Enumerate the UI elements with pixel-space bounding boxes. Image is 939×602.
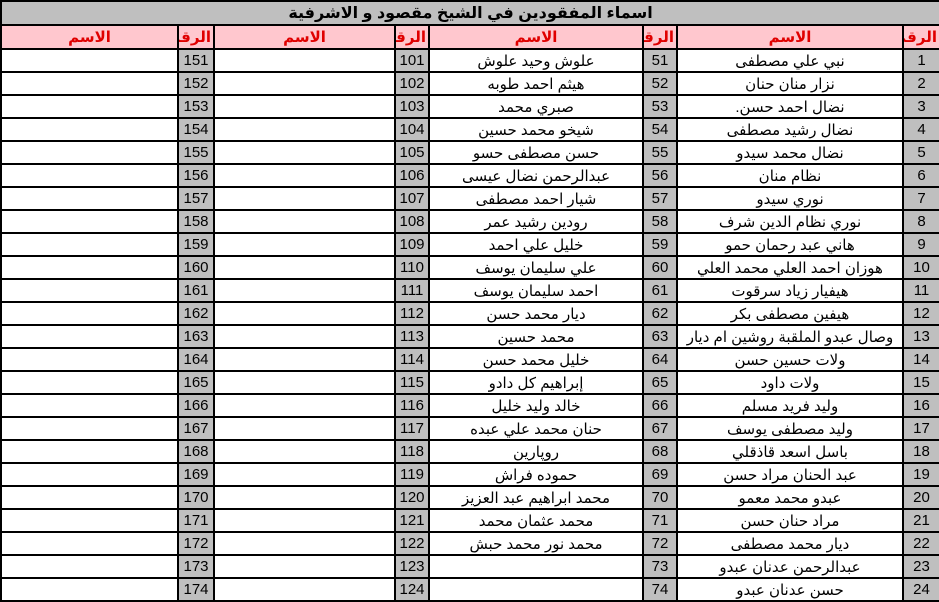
row-number-cell: 170	[178, 486, 214, 509]
row-number-cell: 123	[395, 555, 429, 578]
row-number-cell: 172	[178, 532, 214, 555]
person-name-cell	[214, 256, 395, 279]
row-number-cell: 18	[903, 440, 939, 463]
row-number-cell: 102	[395, 72, 429, 95]
row-number-cell: 20	[903, 486, 939, 509]
row-number-cell: 73	[643, 555, 677, 578]
table-row: 20عبدو محمد معمو70محمد ابراهيم عبد العزي…	[1, 486, 939, 509]
person-name-cell: رودين رشيد عمر	[429, 210, 643, 233]
row-number-cell: 67	[643, 417, 677, 440]
table-row: 16وليد فريد مسلم66خالد وليد خليل116166	[1, 394, 939, 417]
person-name-cell: ديار محمد حسن	[429, 302, 643, 325]
column-header-number-group1: الرقم	[903, 25, 939, 49]
table-row: 24حسن عدنان عبدو74124174	[1, 578, 939, 601]
row-number-cell: 23	[903, 555, 939, 578]
person-name-cell: محمد ابراهيم عبد العزيز	[429, 486, 643, 509]
row-number-cell: 169	[178, 463, 214, 486]
row-number-cell: 51	[643, 49, 677, 72]
row-number-cell: 162	[178, 302, 214, 325]
person-name-cell	[1, 348, 178, 371]
row-number-cell: 112	[395, 302, 429, 325]
person-name-cell: هوزان احمد العلي محمد العلي	[677, 256, 903, 279]
table-row: 4نضال رشيد مصطفى54شيخو محمد حسين104154	[1, 118, 939, 141]
person-name-cell: نزار منان حنان	[677, 72, 903, 95]
row-number-cell: 3	[903, 95, 939, 118]
person-name-cell: حنان محمد علي عبده	[429, 417, 643, 440]
person-name-cell	[1, 325, 178, 348]
person-name-cell: حموده فراش	[429, 463, 643, 486]
row-number-cell: 155	[178, 141, 214, 164]
person-name-cell	[1, 95, 178, 118]
row-number-cell: 157	[178, 187, 214, 210]
row-number-cell: 173	[178, 555, 214, 578]
row-number-cell: 22	[903, 532, 939, 555]
person-name-cell: عبدالرحمن عدنان عبدو	[677, 555, 903, 578]
row-number-cell: 17	[903, 417, 939, 440]
row-number-cell: 56	[643, 164, 677, 187]
row-number-cell: 62	[643, 302, 677, 325]
person-name-cell	[1, 279, 178, 302]
table-row: 3نضال احمد حسن.53صبري محمد103153	[1, 95, 939, 118]
column-header-name-group2: الاسم	[429, 25, 643, 49]
person-name-cell	[1, 555, 178, 578]
person-name-cell: شيخو محمد حسين	[429, 118, 643, 141]
row-number-cell: 118	[395, 440, 429, 463]
table-row: 8نوري نظام الدين شرف58رودين رشيد عمر1081…	[1, 210, 939, 233]
row-number-cell: 164	[178, 348, 214, 371]
row-number-cell: 71	[643, 509, 677, 532]
person-name-cell: احمد سليمان يوسف	[429, 279, 643, 302]
row-number-cell: 64	[643, 348, 677, 371]
column-header-number-group2: الرقم	[643, 25, 677, 49]
row-number-cell: 163	[178, 325, 214, 348]
row-number-cell: 55	[643, 141, 677, 164]
row-number-cell: 120	[395, 486, 429, 509]
column-header-name-group1: الاسم	[677, 25, 903, 49]
row-number-cell: 16	[903, 394, 939, 417]
person-name-cell: هاني عبد رحمان حمو	[677, 233, 903, 256]
person-name-cell: عبد الحنان مراد حسن	[677, 463, 903, 486]
row-number-cell: 153	[178, 95, 214, 118]
row-number-cell: 54	[643, 118, 677, 141]
row-number-cell: 59	[643, 233, 677, 256]
person-name-cell	[214, 578, 395, 601]
person-name-cell	[214, 279, 395, 302]
row-number-cell: 11	[903, 279, 939, 302]
table-row: 2نزار منان حنان52هيثم احمد طوبه102152	[1, 72, 939, 95]
person-name-cell	[1, 256, 178, 279]
person-name-cell	[1, 141, 178, 164]
person-name-cell: ديار محمد مصطفى	[677, 532, 903, 555]
row-number-cell: 21	[903, 509, 939, 532]
row-number-cell: 101	[395, 49, 429, 72]
person-name-cell	[1, 164, 178, 187]
row-number-cell: 10	[903, 256, 939, 279]
table-row: 6نظام منان56عبدالرحمن نضال عيسى106156	[1, 164, 939, 187]
person-name-cell	[214, 302, 395, 325]
row-number-cell: 171	[178, 509, 214, 532]
row-number-cell: 113	[395, 325, 429, 348]
table-row: 10هوزان احمد العلي محمد العلي60علي سليما…	[1, 256, 939, 279]
person-name-cell: نضال محمد سيدو	[677, 141, 903, 164]
row-number-cell: 161	[178, 279, 214, 302]
person-name-cell	[429, 555, 643, 578]
person-name-cell	[1, 486, 178, 509]
person-name-cell	[214, 210, 395, 233]
row-number-cell: 165	[178, 371, 214, 394]
table-title-row: اسماء المفقودين في الشيخ مقصود و الاشرفي…	[1, 1, 939, 25]
row-number-cell: 111	[395, 279, 429, 302]
row-number-cell: 19	[903, 463, 939, 486]
row-number-cell: 116	[395, 394, 429, 417]
person-name-cell	[1, 463, 178, 486]
person-name-cell: عبدو محمد معمو	[677, 486, 903, 509]
row-number-cell: 106	[395, 164, 429, 187]
row-number-cell: 104	[395, 118, 429, 141]
person-name-cell	[1, 394, 178, 417]
missing-persons-list-page: اسماء المفقودين في الشيخ مقصود و الاشرفي…	[0, 0, 939, 602]
row-number-cell: 107	[395, 187, 429, 210]
table-row: 21مراد حنان حسن71محمد عثمان محمد121171	[1, 509, 939, 532]
person-name-cell: إبراهيم كل دادو	[429, 371, 643, 394]
row-number-cell: 167	[178, 417, 214, 440]
person-name-cell	[214, 509, 395, 532]
person-name-cell	[214, 440, 395, 463]
person-name-cell	[1, 118, 178, 141]
row-number-cell: 105	[395, 141, 429, 164]
person-name-cell: روپارين	[429, 440, 643, 463]
page-title: اسماء المفقودين في الشيخ مقصود و الاشرفي…	[1, 1, 939, 25]
person-name-cell: باسل اسعد قاذقلي	[677, 440, 903, 463]
table-row: 14ولات حسين حسن64خليل محمد حسن114164	[1, 348, 939, 371]
person-name-cell: نضال احمد حسن.	[677, 95, 903, 118]
row-number-cell: 74	[643, 578, 677, 601]
person-name-cell	[214, 348, 395, 371]
row-number-cell: 24	[903, 578, 939, 601]
row-number-cell: 1	[903, 49, 939, 72]
table-row: 1نبي علي مصطفى51علوش وحيد علوش101151	[1, 49, 939, 72]
person-name-cell	[214, 72, 395, 95]
person-name-cell	[214, 325, 395, 348]
person-name-cell	[1, 578, 178, 601]
person-name-cell	[214, 95, 395, 118]
table-row: 19عبد الحنان مراد حسن69حموده فراش119169	[1, 463, 939, 486]
person-name-cell: محمد حسين	[429, 325, 643, 348]
person-name-cell	[214, 486, 395, 509]
table-header-row: الرقمالاسمالرقمالاسمالرقمالاسمالرقمالاسم	[1, 25, 939, 49]
person-name-cell	[214, 164, 395, 187]
table-row: 12هيفين مصطفى بكر62ديار محمد حسن112162	[1, 302, 939, 325]
row-number-cell: 121	[395, 509, 429, 532]
person-name-cell	[214, 555, 395, 578]
row-number-cell: 52	[643, 72, 677, 95]
table-row: 13وصال عبدو الملقبة روشين ام ديار63محمد …	[1, 325, 939, 348]
person-name-cell	[1, 440, 178, 463]
row-number-cell: 151	[178, 49, 214, 72]
table-row: 18باسل اسعد قاذقلي68روپارين118168	[1, 440, 939, 463]
row-number-cell: 154	[178, 118, 214, 141]
person-name-cell	[1, 509, 178, 532]
row-number-cell: 70	[643, 486, 677, 509]
row-number-cell: 108	[395, 210, 429, 233]
person-name-cell: علوش وحيد علوش	[429, 49, 643, 72]
person-name-cell: نبي علي مصطفى	[677, 49, 903, 72]
table-row: 9هاني عبد رحمان حمو59خليل علي احمد109159	[1, 233, 939, 256]
table-row: 11هيفيار زياد سرقوت61احمد سليمان يوسف111…	[1, 279, 939, 302]
column-header-name-group3: الاسم	[214, 25, 395, 49]
row-number-cell: 117	[395, 417, 429, 440]
missing-persons-table: اسماء المفقودين في الشيخ مقصود و الاشرفي…	[0, 0, 939, 602]
person-name-cell	[214, 141, 395, 164]
row-number-cell: 15	[903, 371, 939, 394]
row-number-cell: 72	[643, 532, 677, 555]
person-name-cell	[1, 371, 178, 394]
row-number-cell: 53	[643, 95, 677, 118]
row-number-cell: 110	[395, 256, 429, 279]
person-name-cell	[214, 463, 395, 486]
row-number-cell: 58	[643, 210, 677, 233]
person-name-cell: حسن مصطفى حسو	[429, 141, 643, 164]
person-name-cell	[1, 187, 178, 210]
person-name-cell	[214, 417, 395, 440]
row-number-cell: 124	[395, 578, 429, 601]
person-name-cell: محمد نور محمد حبش	[429, 532, 643, 555]
table-row: 7نوري سيدو57شيار احمد مصطفى107157	[1, 187, 939, 210]
row-number-cell: 168	[178, 440, 214, 463]
row-number-cell: 174	[178, 578, 214, 601]
row-number-cell: 156	[178, 164, 214, 187]
row-number-cell: 119	[395, 463, 429, 486]
row-number-cell: 103	[395, 95, 429, 118]
person-name-cell: هيفيار زياد سرقوت	[677, 279, 903, 302]
person-name-cell: نوري سيدو	[677, 187, 903, 210]
person-name-cell: حسن عدنان عبدو	[677, 578, 903, 601]
column-header-number-group3: الرقم	[395, 25, 429, 49]
person-name-cell: وليد فريد مسلم	[677, 394, 903, 417]
row-number-cell: 66	[643, 394, 677, 417]
row-number-cell: 109	[395, 233, 429, 256]
table-row: 17وليد مصطفى يوسف67حنان محمد علي عبده117…	[1, 417, 939, 440]
person-name-cell: محمد عثمان محمد	[429, 509, 643, 532]
row-number-cell: 115	[395, 371, 429, 394]
person-name-cell	[1, 72, 178, 95]
row-number-cell: 57	[643, 187, 677, 210]
row-number-cell: 7	[903, 187, 939, 210]
person-name-cell	[1, 532, 178, 555]
person-name-cell: مراد حنان حسن	[677, 509, 903, 532]
row-number-cell: 14	[903, 348, 939, 371]
row-number-cell: 69	[643, 463, 677, 486]
row-number-cell: 13	[903, 325, 939, 348]
person-name-cell	[429, 578, 643, 601]
person-name-cell	[214, 187, 395, 210]
person-name-cell	[214, 532, 395, 555]
person-name-cell: علي سليمان يوسف	[429, 256, 643, 279]
person-name-cell: نضال رشيد مصطفى	[677, 118, 903, 141]
table-row: 22ديار محمد مصطفى72محمد نور محمد حبش1221…	[1, 532, 939, 555]
person-name-cell	[214, 233, 395, 256]
person-name-cell	[214, 371, 395, 394]
person-name-cell: خالد وليد خليل	[429, 394, 643, 417]
person-name-cell: ولات داود	[677, 371, 903, 394]
row-number-cell: 122	[395, 532, 429, 555]
row-number-cell: 5	[903, 141, 939, 164]
person-name-cell: نظام منان	[677, 164, 903, 187]
person-name-cell: وليد مصطفى يوسف	[677, 417, 903, 440]
row-number-cell: 160	[178, 256, 214, 279]
person-name-cell	[1, 233, 178, 256]
person-name-cell	[214, 49, 395, 72]
person-name-cell: وصال عبدو الملقبة روشين ام ديار	[677, 325, 903, 348]
person-name-cell	[214, 394, 395, 417]
row-number-cell: 166	[178, 394, 214, 417]
row-number-cell: 8	[903, 210, 939, 233]
person-name-cell: خليل محمد حسن	[429, 348, 643, 371]
table-row: 5نضال محمد سيدو55حسن مصطفى حسو105155	[1, 141, 939, 164]
person-name-cell: عبدالرحمن نضال عيسى	[429, 164, 643, 187]
person-name-cell: هيثم احمد طوبه	[429, 72, 643, 95]
row-number-cell: 158	[178, 210, 214, 233]
person-name-cell: هيفين مصطفى بكر	[677, 302, 903, 325]
row-number-cell: 6	[903, 164, 939, 187]
table-row: 15ولات داود65إبراهيم كل دادو115165	[1, 371, 939, 394]
row-number-cell: 159	[178, 233, 214, 256]
person-name-cell: نوري نظام الدين شرف	[677, 210, 903, 233]
row-number-cell: 12	[903, 302, 939, 325]
row-number-cell: 61	[643, 279, 677, 302]
table-row: 23عبدالرحمن عدنان عبدو73123173	[1, 555, 939, 578]
row-number-cell: 152	[178, 72, 214, 95]
row-number-cell: 63	[643, 325, 677, 348]
person-name-cell: صبري محمد	[429, 95, 643, 118]
person-name-cell	[1, 210, 178, 233]
person-name-cell	[1, 417, 178, 440]
person-name-cell	[1, 49, 178, 72]
person-name-cell: شيار احمد مصطفى	[429, 187, 643, 210]
row-number-cell: 4	[903, 118, 939, 141]
row-number-cell: 68	[643, 440, 677, 463]
person-name-cell: ولات حسين حسن	[677, 348, 903, 371]
row-number-cell: 60	[643, 256, 677, 279]
row-number-cell: 2	[903, 72, 939, 95]
row-number-cell: 9	[903, 233, 939, 256]
row-number-cell: 65	[643, 371, 677, 394]
person-name-cell	[214, 118, 395, 141]
column-header-name-group4: الاسم	[1, 25, 178, 49]
column-header-number-group4: الرقم	[178, 25, 214, 49]
row-number-cell: 114	[395, 348, 429, 371]
person-name-cell: خليل علي احمد	[429, 233, 643, 256]
person-name-cell	[1, 302, 178, 325]
